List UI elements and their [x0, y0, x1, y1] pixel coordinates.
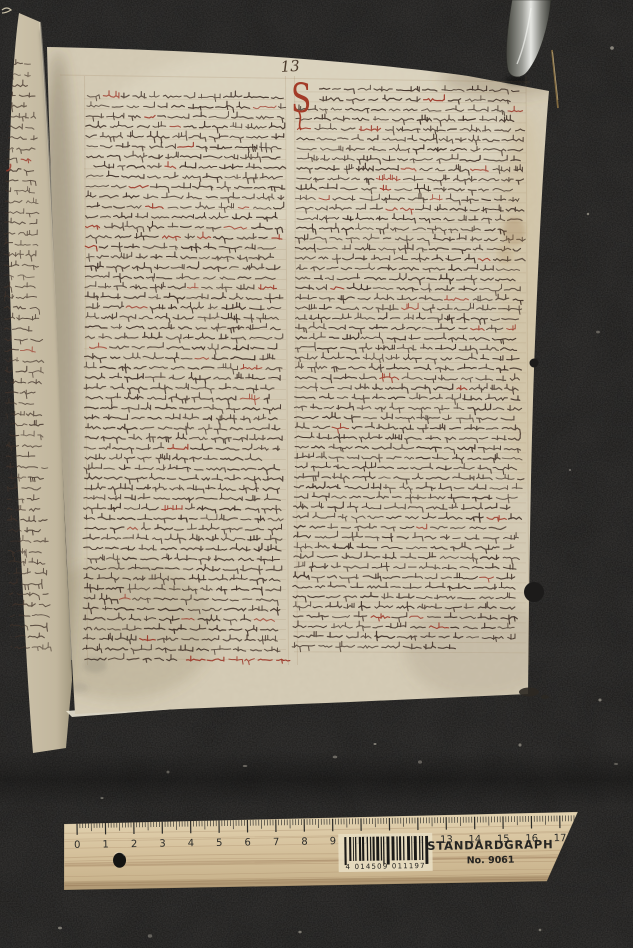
initial-letter-glyph: S [291, 76, 311, 123]
ruler-brand-label: STANDARDGRAPH [427, 837, 553, 853]
edge-notch [524, 582, 544, 602]
initial-letter: S [291, 76, 311, 130]
folio-number: 13 [280, 57, 300, 76]
ruler: 01234567891011121314151617 4 014509 0111… [63, 812, 579, 890]
ruler-number: 9 [330, 836, 337, 847]
ruler-number: 8 [301, 837, 308, 848]
initial-flourish [299, 112, 301, 130]
ruler-number: 3 [159, 839, 166, 850]
edge-dirt [519, 688, 539, 697]
photo-stage: S 13 01234567891011121314151617 [0, 0, 633, 948]
barcode-digits: 4 014509 011197 [345, 862, 425, 871]
ruler-number: 5 [216, 838, 223, 849]
barcode: 4 014509 011197 [338, 833, 433, 872]
ruler-number: 0 [74, 840, 81, 851]
ruler-number: 6 [244, 837, 251, 848]
ruler-number: 1 [102, 839, 109, 850]
ruler-model-label: No. 9061 [467, 855, 515, 867]
ruler-number: 4 [188, 838, 195, 849]
ruler-number: 7 [273, 837, 280, 848]
ruler-number: 2 [131, 839, 138, 850]
edge-hole-small [530, 359, 539, 368]
